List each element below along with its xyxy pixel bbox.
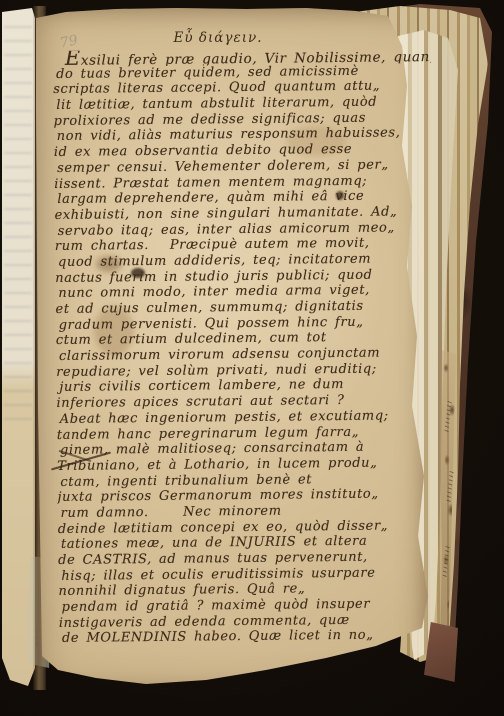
manuscript-photo: 122 79 Εὖ διάγειν. Exsilui ferè præ gaud… bbox=[0, 0, 504, 716]
bleed-through-text bbox=[4, 20, 32, 420]
manuscript-line: de MOLENDINIS habeo. Quæ licet in no„ bbox=[59, 627, 437, 647]
handwritten-text-block: Exsilui ferè præ gaudio, Vir Nobilissime… bbox=[53, 47, 437, 663]
greek-heading: Εὖ διάγειν. bbox=[128, 30, 308, 46]
